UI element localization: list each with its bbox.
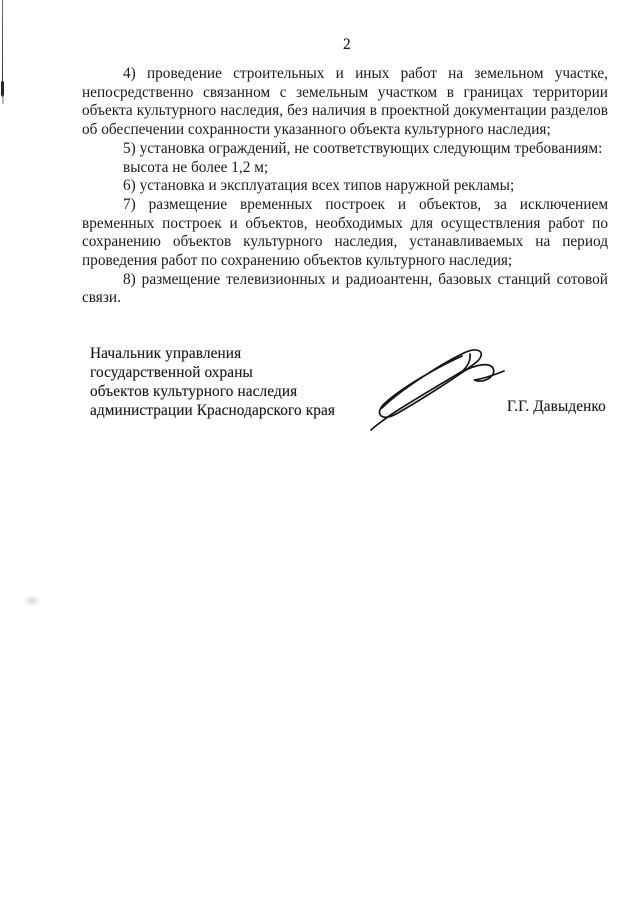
- scan-artifact-tail: [2, 96, 4, 104]
- signature-position-line: объектов культурного наследия: [90, 382, 390, 401]
- paragraph-item-7: 7) размещение временных построек и объек…: [82, 196, 608, 271]
- signature-position-line: государственной охраны: [90, 363, 390, 382]
- signature-position-line: Начальник управления: [90, 344, 390, 363]
- page-number: 2: [343, 36, 351, 54]
- paragraph-item-6: 6) установка и эксплуатация всех типов н…: [82, 177, 608, 196]
- document-body: 4) проведение строительных и иных работ …: [82, 65, 608, 308]
- paragraph-item-8: 8) размещение телевизионных и радиоантен…: [82, 271, 608, 308]
- scan-artifact-blob: [1, 81, 4, 96]
- scanned-document-page: 2 4) проведение строительных и иных рабо…: [0, 0, 639, 905]
- signature-position-line: администрации Краснодарского края: [90, 401, 390, 420]
- signer-name: Г.Г. Давыденко: [507, 398, 606, 416]
- signature-position-block: Начальник управления государственной охр…: [90, 344, 390, 420]
- scan-artifact-smudge: [24, 595, 40, 606]
- paragraph-item-5: 5) установка ограждений, не соответствую…: [82, 140, 608, 159]
- paragraph-item-5-requirement: высота не более 1,2 м;: [82, 159, 608, 178]
- handwritten-signature-scribble: [366, 342, 508, 434]
- paragraph-item-4: 4) проведение строительных и иных работ …: [82, 65, 608, 140]
